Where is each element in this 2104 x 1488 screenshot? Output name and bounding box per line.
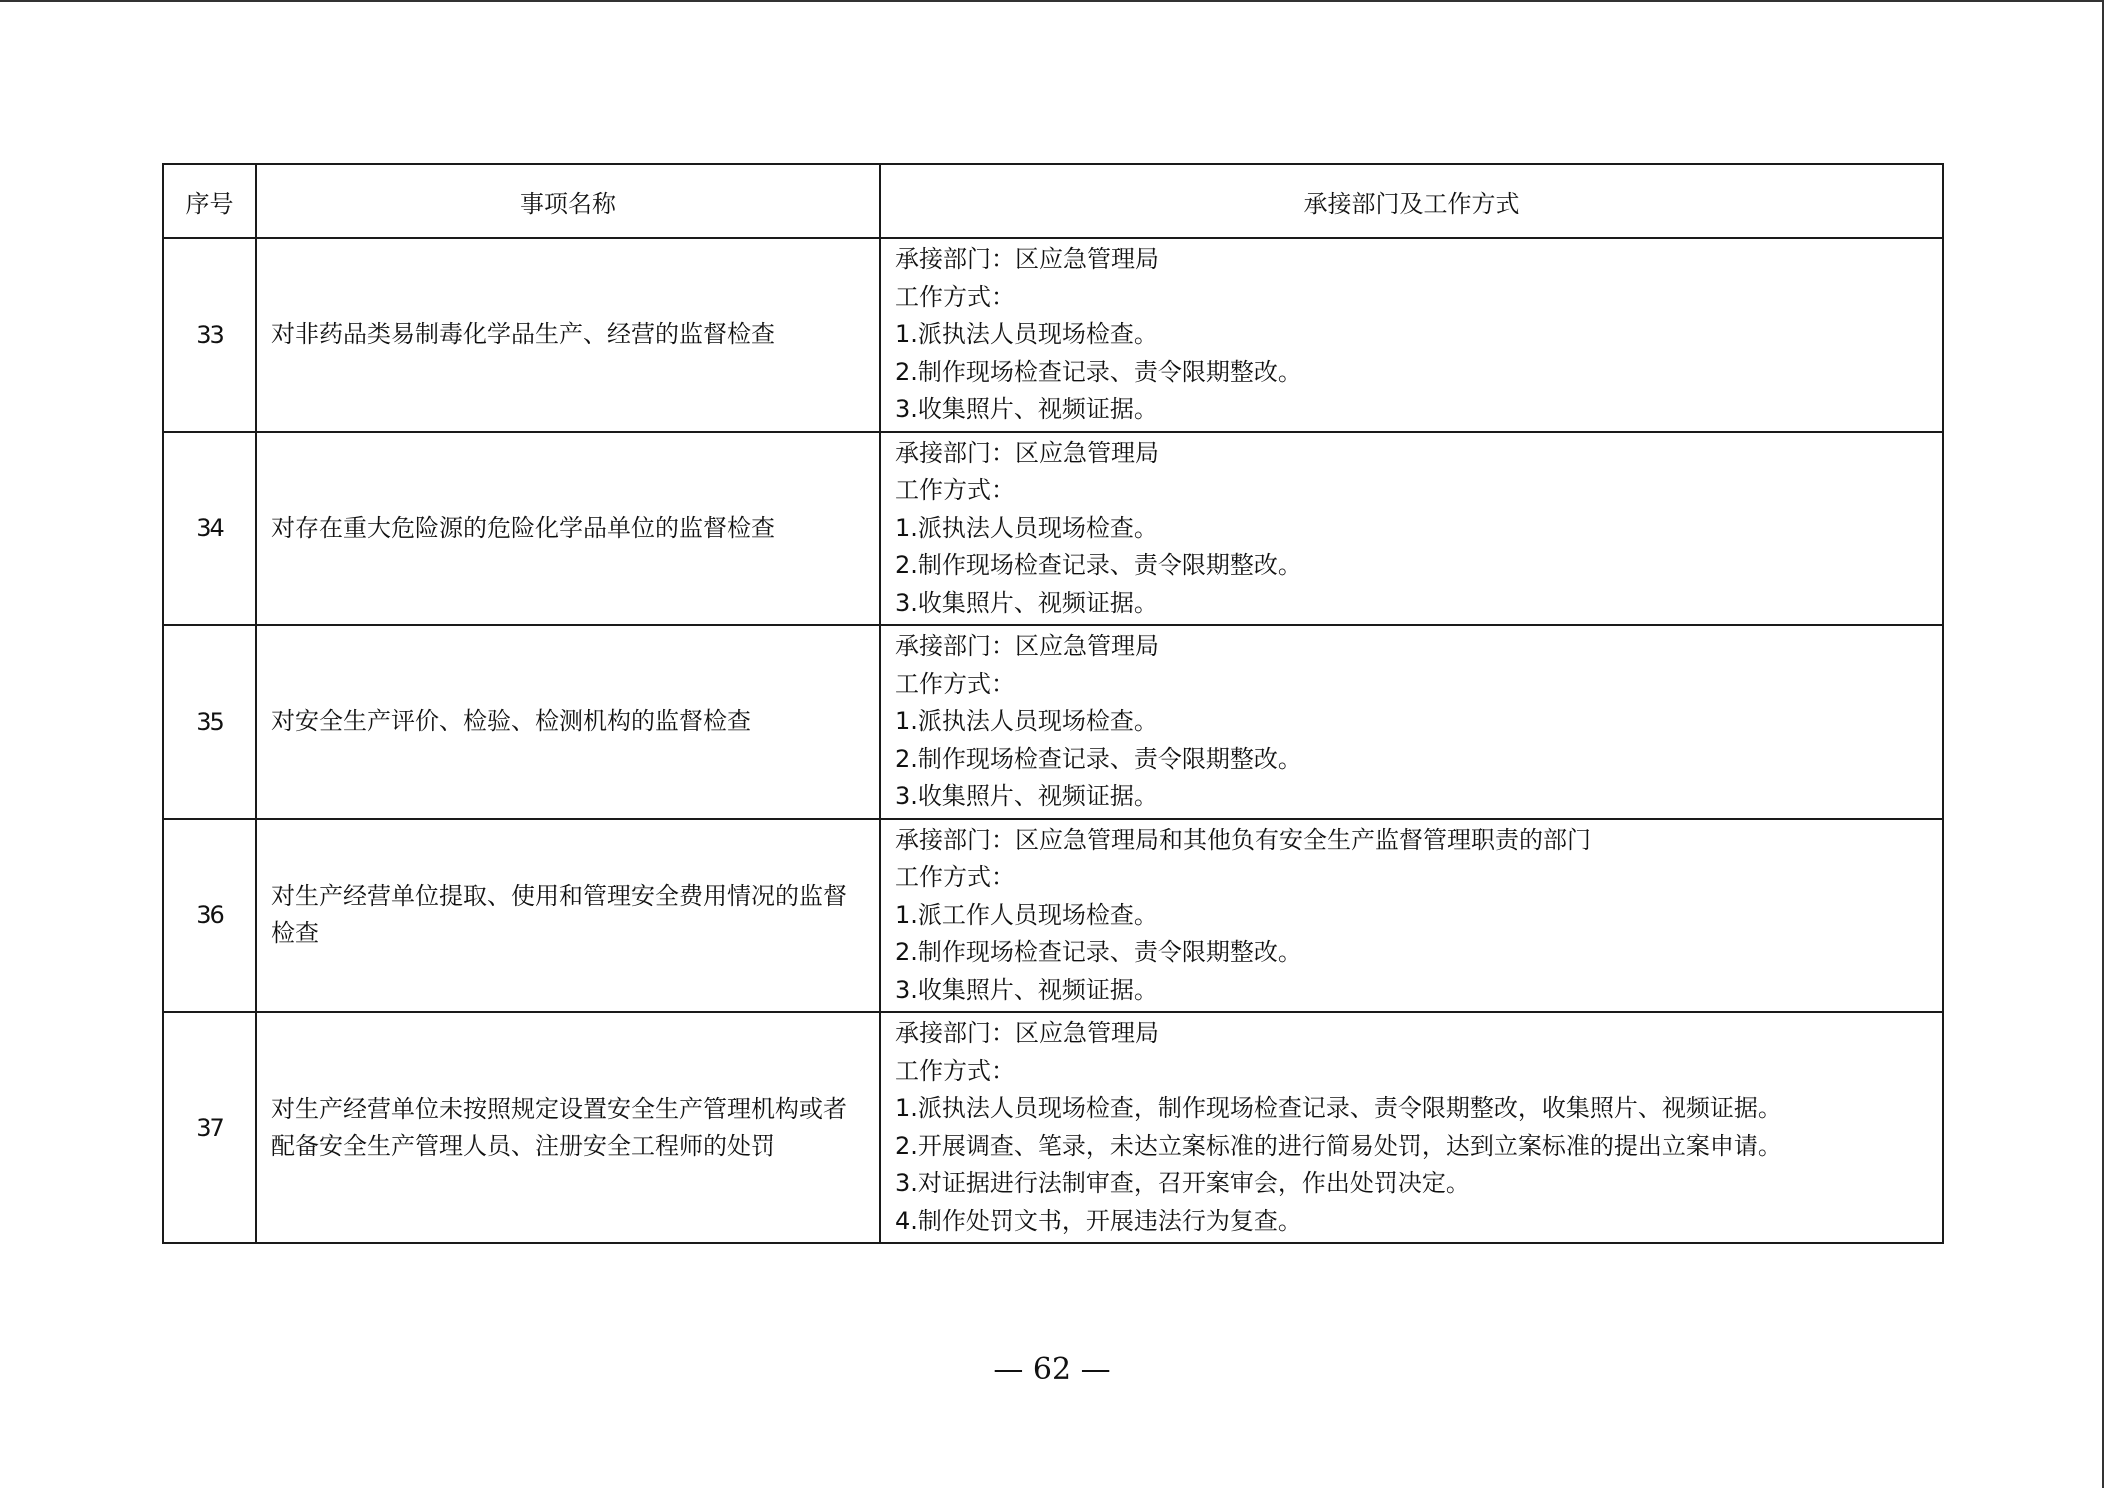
method-step: 1.派执法人员现场检查。 [895, 510, 1928, 548]
department-line: 承接部门：区应急管理局 [895, 241, 1928, 279]
method-step: 4.制作处罚文书，开展违法行为复查。 [895, 1203, 1928, 1241]
row-department-method: 承接部门：区应急管理局和其他负有安全生产监督管理职责的部门 工作方式： 1.派工… [880, 819, 1943, 1013]
row-item-name: 对生产经营单位未按照规定设置安全生产管理机构或者配备安全生产管理人员、注册安全工… [256, 1012, 880, 1243]
row-department-method: 承接部门：区应急管理局 工作方式： 1.派执法人员现场检查。 2.制作现场检查记… [880, 238, 1943, 432]
method-step: 2.制作现场检查记录、责令限期整改。 [895, 547, 1928, 585]
method-step: 3.收集照片、视频证据。 [895, 972, 1928, 1010]
page-number: — 62 — [0, 1352, 2104, 1387]
method-label: 工作方式： [895, 279, 1928, 317]
row-number: 36 [163, 819, 256, 1013]
method-step: 3.收集照片、视频证据。 [895, 391, 1928, 429]
row-number: 37 [163, 1012, 256, 1243]
row-item-name: 对非药品类易制毒化学品生产、经营的监督检查 [256, 238, 880, 432]
department-line: 承接部门：区应急管理局 [895, 435, 1928, 473]
row-department-method: 承接部门：区应急管理局 工作方式： 1.派执法人员现场检查，制作现场检查记录、责… [880, 1012, 1943, 1243]
header-number: 序号 [163, 164, 256, 238]
department-line: 承接部门：区应急管理局和其他负有安全生产监督管理职责的部门 [895, 822, 1928, 860]
method-label: 工作方式： [895, 472, 1928, 510]
method-step: 2.开展调查、笔录，未达立案标准的进行简易处罚，达到立案标准的提出立案申请。 [895, 1128, 1928, 1166]
row-item-name: 对存在重大危险源的危险化学品单位的监督检查 [256, 432, 880, 626]
method-label: 工作方式： [895, 1053, 1928, 1091]
method-label: 工作方式： [895, 666, 1928, 704]
department-line: 承接部门：区应急管理局 [895, 628, 1928, 666]
method-step: 1.派工作人员现场检查。 [895, 897, 1928, 935]
row-number: 35 [163, 625, 256, 819]
header-item-name: 事项名称 [256, 164, 880, 238]
method-step: 2.制作现场检查记录、责令限期整改。 [895, 354, 1928, 392]
table-row: 34 对存在重大危险源的危险化学品单位的监督检查 承接部门：区应急管理局 工作方… [163, 432, 1943, 626]
row-department-method: 承接部门：区应急管理局 工作方式： 1.派执法人员现场检查。 2.制作现场检查记… [880, 432, 1943, 626]
row-item-name: 对安全生产评价、检验、检测机构的监督检查 [256, 625, 880, 819]
method-step: 1.派执法人员现场检查，制作现场检查记录、责令限期整改，收集照片、视频证据。 [895, 1090, 1928, 1128]
row-number: 34 [163, 432, 256, 626]
page-top-border [0, 0, 2104, 2]
header-department-method: 承接部门及工作方式 [880, 164, 1943, 238]
row-item-name: 对生产经营单位提取、使用和管理安全费用情况的监督检查 [256, 819, 880, 1013]
method-label: 工作方式： [895, 859, 1928, 897]
method-step: 2.制作现场检查记录、责令限期整改。 [895, 934, 1928, 972]
department-line: 承接部门：区应急管理局 [895, 1015, 1928, 1053]
method-step: 3.收集照片、视频证据。 [895, 585, 1928, 623]
table-row: 36 对生产经营单位提取、使用和管理安全费用情况的监督检查 承接部门：区应急管理… [163, 819, 1943, 1013]
table-row: 35 对安全生产评价、检验、检测机构的监督检查 承接部门：区应急管理局 工作方式… [163, 625, 1943, 819]
table-row: 33 对非药品类易制毒化学品生产、经营的监督检查 承接部门：区应急管理局 工作方… [163, 238, 1943, 432]
method-step: 1.派执法人员现场检查。 [895, 703, 1928, 741]
table-header-row: 序号 事项名称 承接部门及工作方式 [163, 164, 1943, 238]
row-number: 33 [163, 238, 256, 432]
items-table: 序号 事项名称 承接部门及工作方式 33 对非药品类易制毒化学品生产、经营的监督… [162, 163, 1944, 1244]
method-step: 3.收集照片、视频证据。 [895, 778, 1928, 816]
row-department-method: 承接部门：区应急管理局 工作方式： 1.派执法人员现场检查。 2.制作现场检查记… [880, 625, 1943, 819]
method-step: 2.制作现场检查记录、责令限期整改。 [895, 741, 1928, 779]
method-step: 3.对证据进行法制审查，召开案审会，作出处罚决定。 [895, 1165, 1928, 1203]
table-row: 37 对生产经营单位未按照规定设置安全生产管理机构或者配备安全生产管理人员、注册… [163, 1012, 1943, 1243]
method-step: 1.派执法人员现场检查。 [895, 316, 1928, 354]
